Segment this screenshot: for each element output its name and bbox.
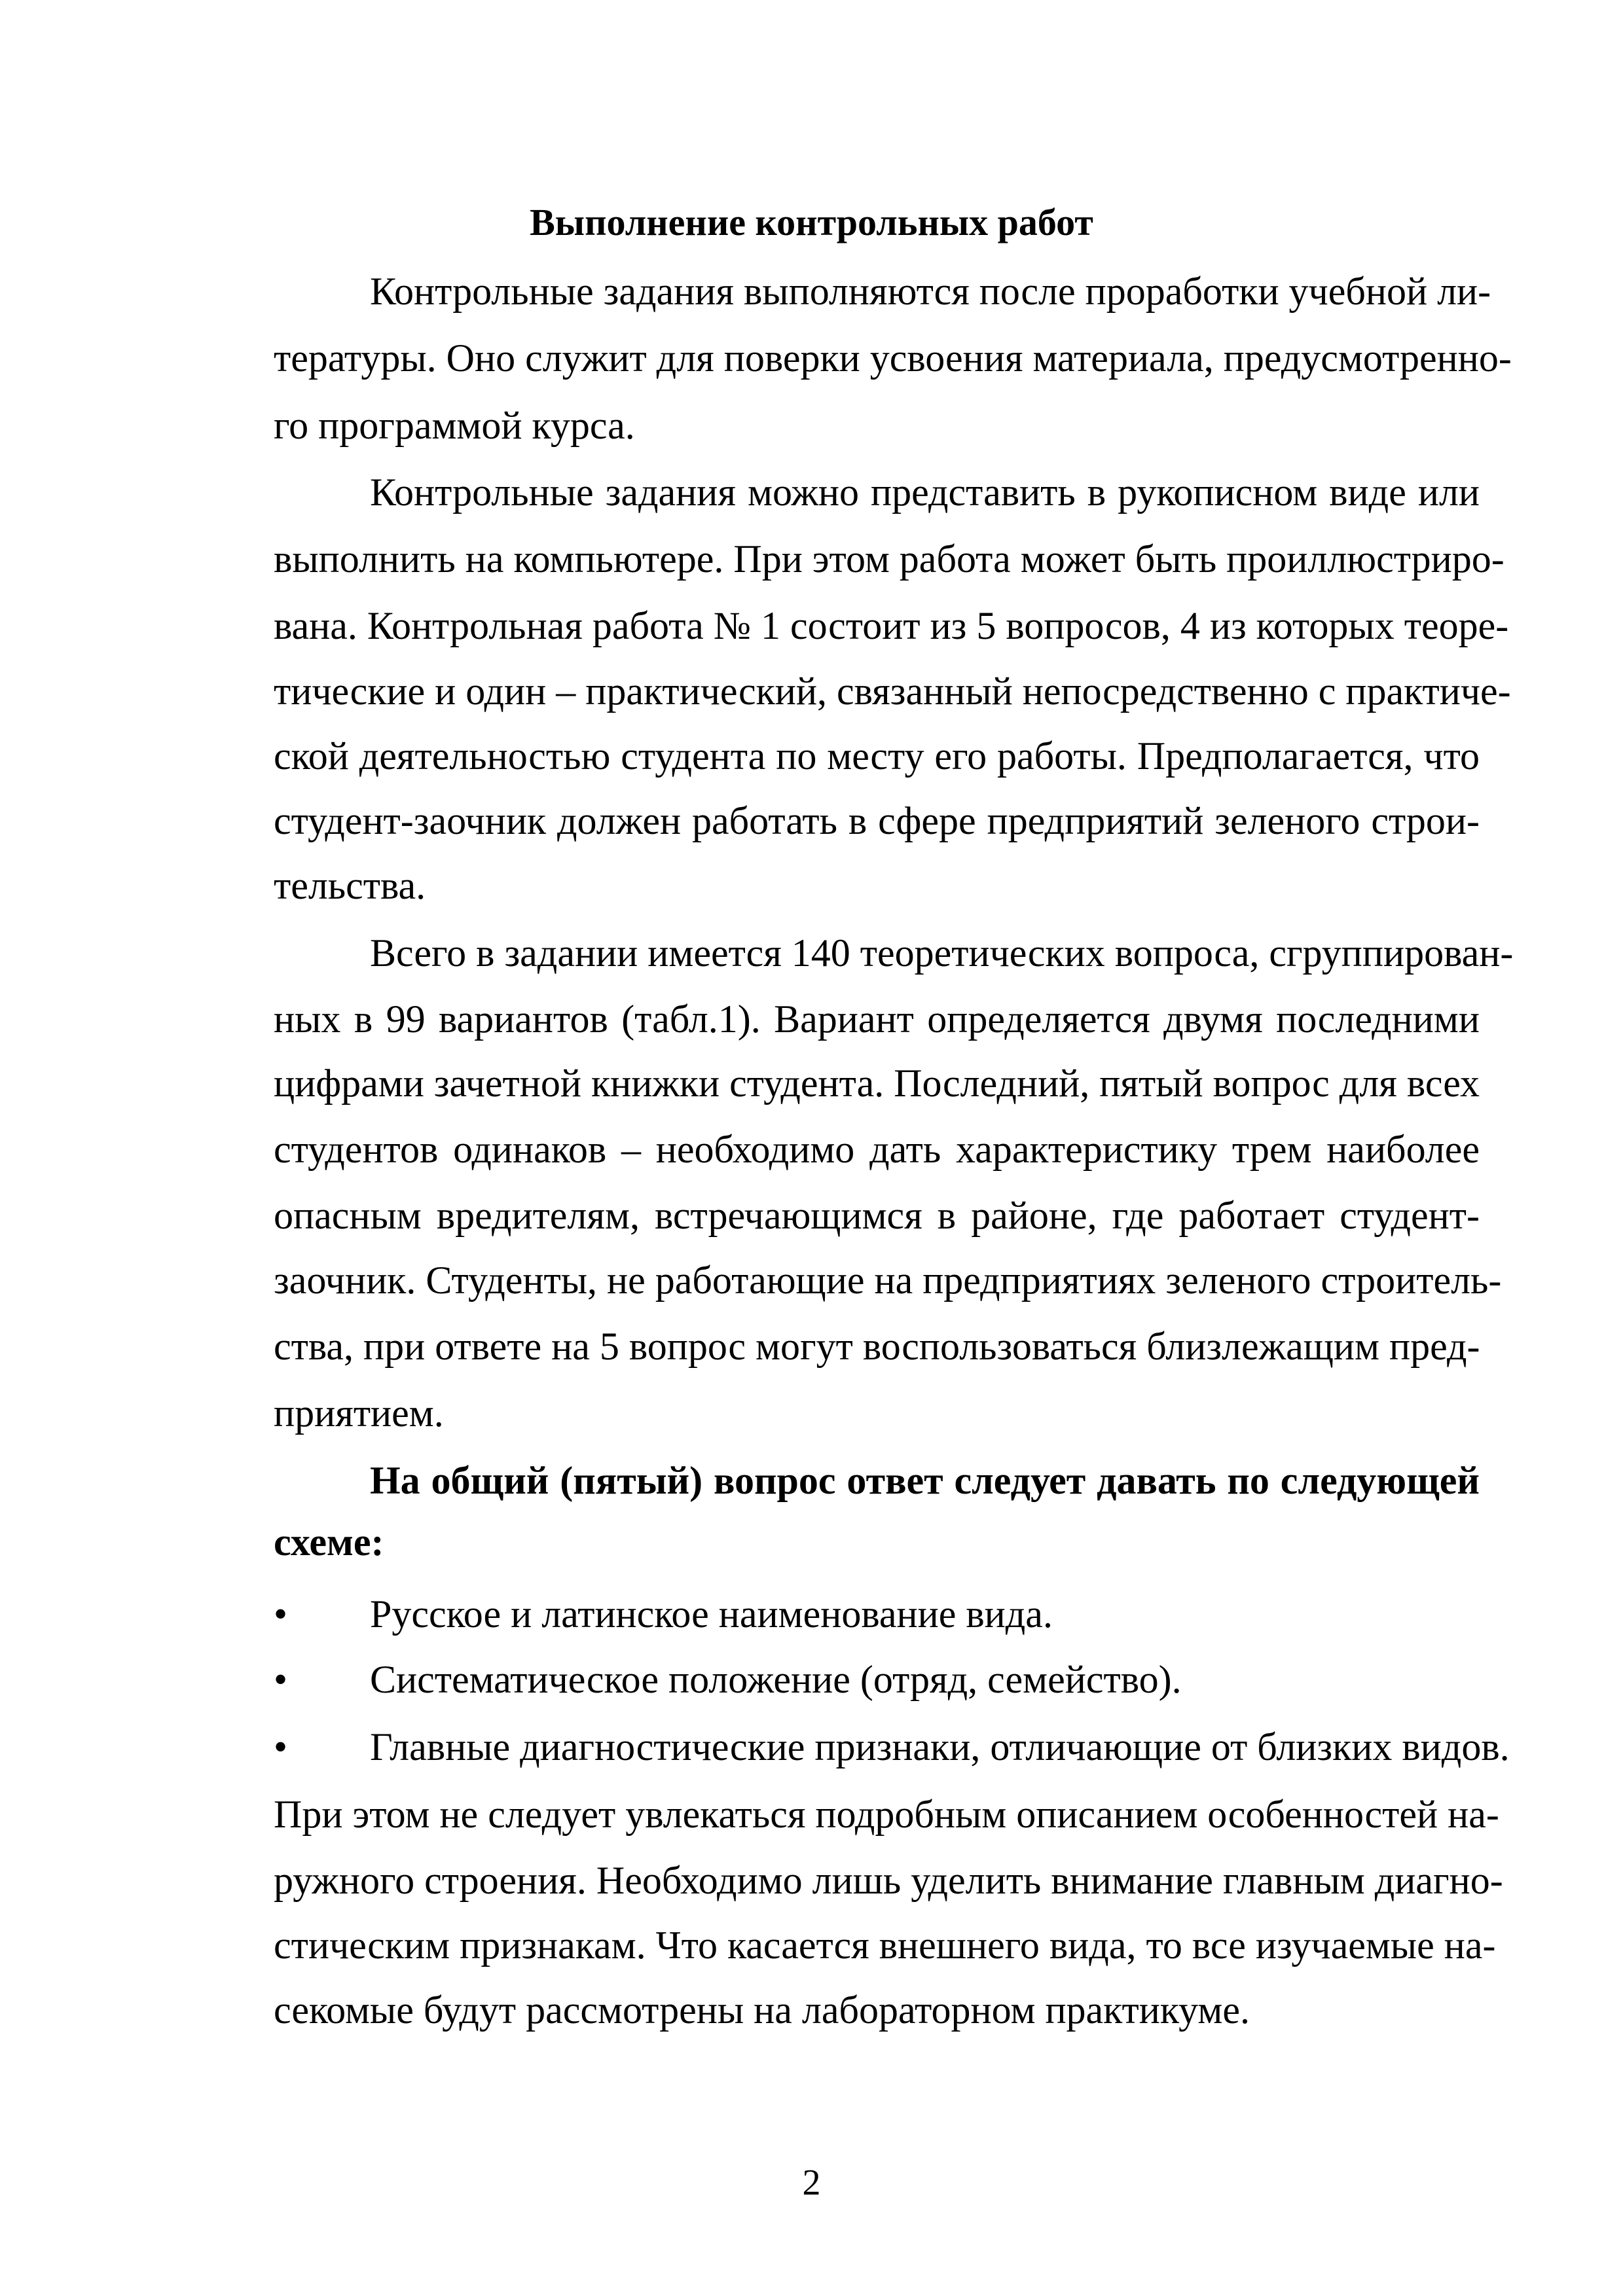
closing-line-3: стическим признакам. Что касается внешне… — [274, 1922, 1480, 1968]
paragraph-3-line-6: заочник. Студенты, не работающие на пред… — [274, 1257, 1480, 1303]
paragraph-2-line-3: вана. Контрольная работа № 1 состоит из … — [274, 603, 1480, 649]
bullet-icon: • — [274, 1724, 287, 1770]
paragraph-2-line-4: тические и один – практический, связанны… — [274, 668, 1480, 714]
paragraph-3-line-1: Всего в задании имеется 140 теоретически… — [370, 930, 1480, 976]
bullet-icon: • — [274, 1657, 287, 1702]
paragraph-2-line-7: тельства. — [274, 863, 426, 908]
page-number: 2 — [0, 2160, 1623, 2206]
bullet-text: Систематическое положение (отряд, семейс… — [370, 1657, 1182, 1702]
scheme-heading-line-2: схеме: — [274, 1519, 384, 1565]
closing-line-4: секомые будут рассмотрены на лабораторно… — [274, 1987, 1250, 2033]
paragraph-1-line-1: Контрольные задания выполняются после пр… — [370, 268, 1480, 314]
paragraph-3-line-2: ных в 99 вариантов (табл.1). Вариант опр… — [274, 996, 1480, 1042]
paragraph-2-line-1: Контрольные задания можно представить в … — [370, 469, 1480, 515]
paragraph-3-line-3: цифрами зачетной книжки студента. Послед… — [274, 1060, 1480, 1106]
paragraph-2-line-6: студент-заочник должен работать в сфере … — [274, 798, 1480, 844]
bullet-icon: • — [274, 1591, 287, 1637]
paragraph-1-line-3: го программой курса. — [274, 403, 635, 448]
paragraph-1-line-2: тературы. Оно служит для поверки усвоени… — [274, 335, 1480, 381]
closing-line-1: При этом не следует увлекаться подробным… — [274, 1791, 1480, 1837]
paragraph-3-line-5: опасным вредителям, встречающимся в райо… — [274, 1193, 1480, 1238]
paragraph-3-line-8: приятием. — [274, 1390, 444, 1436]
bullet-text: Главные диагностические признаки, отлича… — [370, 1724, 1480, 1770]
closing-line-2: ружного строения. Необходимо лишь уделит… — [274, 1857, 1480, 1903]
paragraph-2-line-2: выполнить на компьютере. При этом работа… — [274, 536, 1480, 582]
page-title: Выполнение контрольных работ — [0, 200, 1623, 245]
paragraph-3-line-4: студентов одинаков – необходимо дать хар… — [274, 1126, 1480, 1172]
scheme-heading-line-1: На общий (пятый) вопрос ответ следует да… — [370, 1458, 1480, 1503]
paragraph-2-line-5: ской деятельностью студента по месту его… — [274, 733, 1480, 779]
bullet-text: Русское и латинское наименование вида. — [370, 1591, 1053, 1637]
paragraph-3-line-7: ства, при ответе на 5 вопрос могут воспо… — [274, 1323, 1480, 1369]
